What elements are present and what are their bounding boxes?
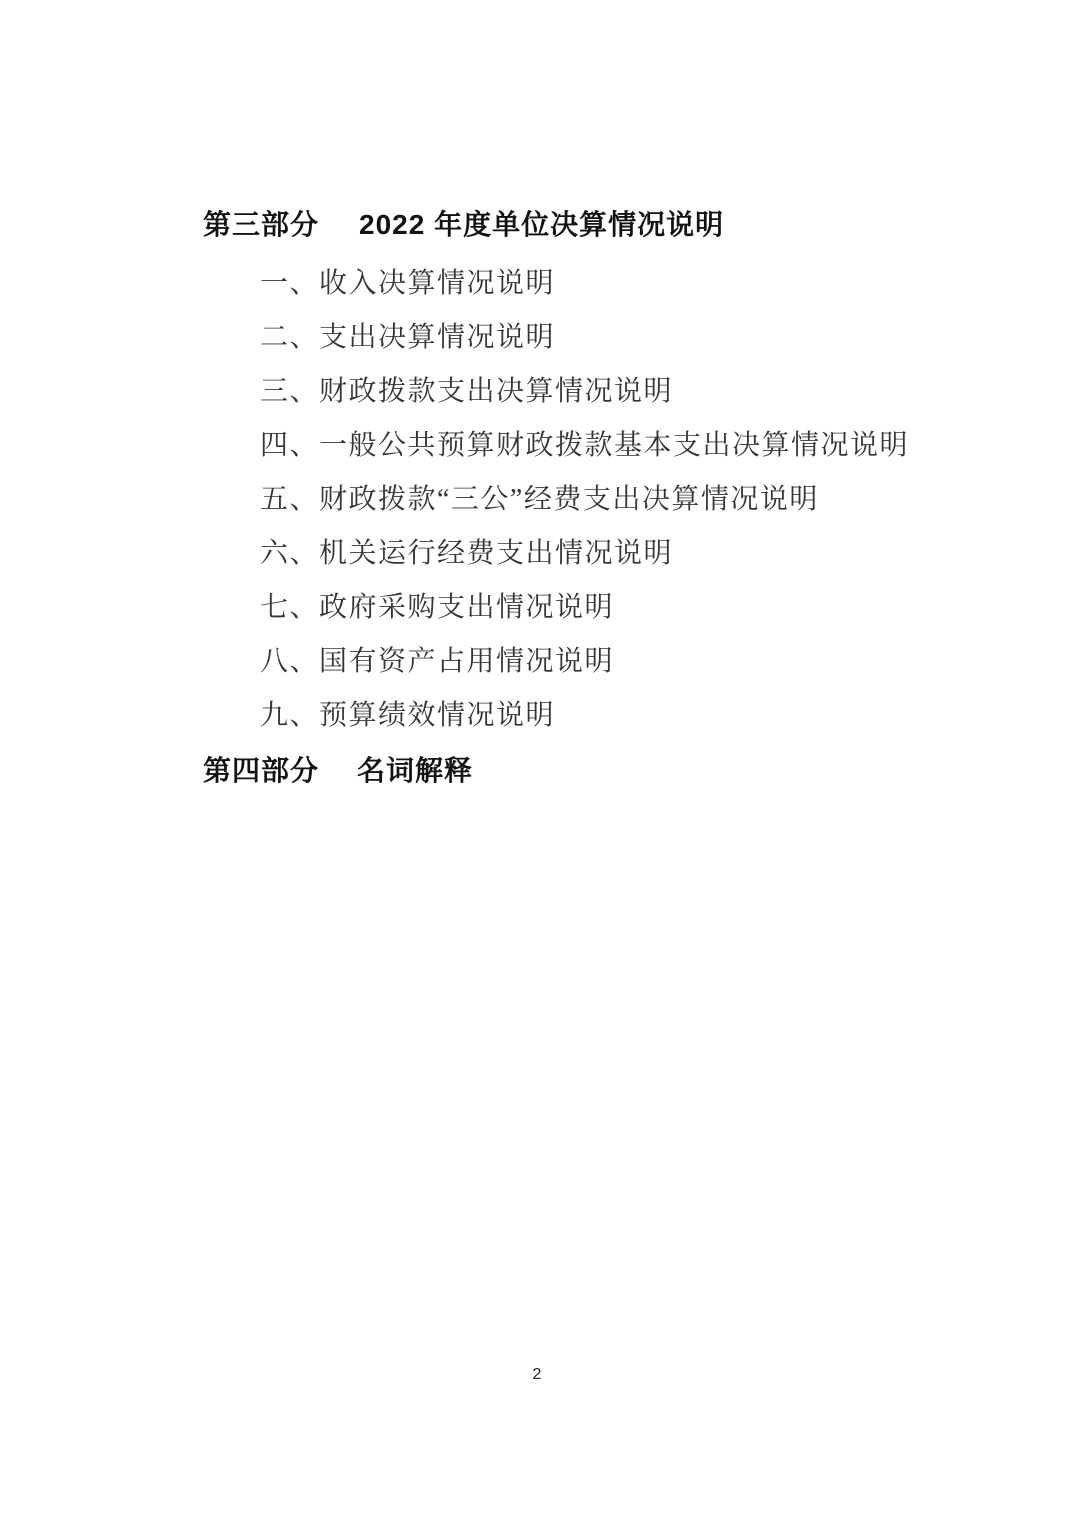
toc-item: 三、财政拨款支出决算情况说明 <box>260 362 974 416</box>
toc-item: 四、一般公共预算财政拨款基本支出决算情况说明 <box>260 416 974 470</box>
section4-part-label: 第四部分 <box>203 749 319 789</box>
toc-item: 一、收入决算情况说明 <box>260 254 974 308</box>
toc-item: 六、机关运行经费支出情况说明 <box>260 524 974 578</box>
document-page: 第三部分 2022 年度单位决算情况说明 一、收入决算情况说明 二、支出决算情况… <box>0 0 1074 1520</box>
section3-title: 2022 年度单位决算情况说明 <box>359 203 724 243</box>
toc-item: 五、财政拨款“三公”经费支出决算情况说明 <box>260 470 974 524</box>
toc-item: 九、预算绩效情况说明 <box>260 686 974 740</box>
toc-item: 八、国有资产占用情况说明 <box>260 632 974 686</box>
section4-heading: 第四部分 名词解释 <box>203 742 974 796</box>
page-number: 2 <box>0 1366 1074 1384</box>
section3-part-label: 第三部分 <box>203 203 319 243</box>
table-of-contents: 第三部分 2022 年度单位决算情况说明 一、收入决算情况说明 二、支出决算情况… <box>203 196 974 796</box>
toc-item-list: 一、收入决算情况说明 二、支出决算情况说明 三、财政拨款支出决算情况说明 四、一… <box>203 254 974 740</box>
section4-title: 名词解释 <box>357 749 473 789</box>
toc-item: 七、政府采购支出情况说明 <box>260 578 974 632</box>
toc-item: 二、支出决算情况说明 <box>260 308 974 362</box>
section3-heading: 第三部分 2022 年度单位决算情况说明 <box>203 196 974 250</box>
